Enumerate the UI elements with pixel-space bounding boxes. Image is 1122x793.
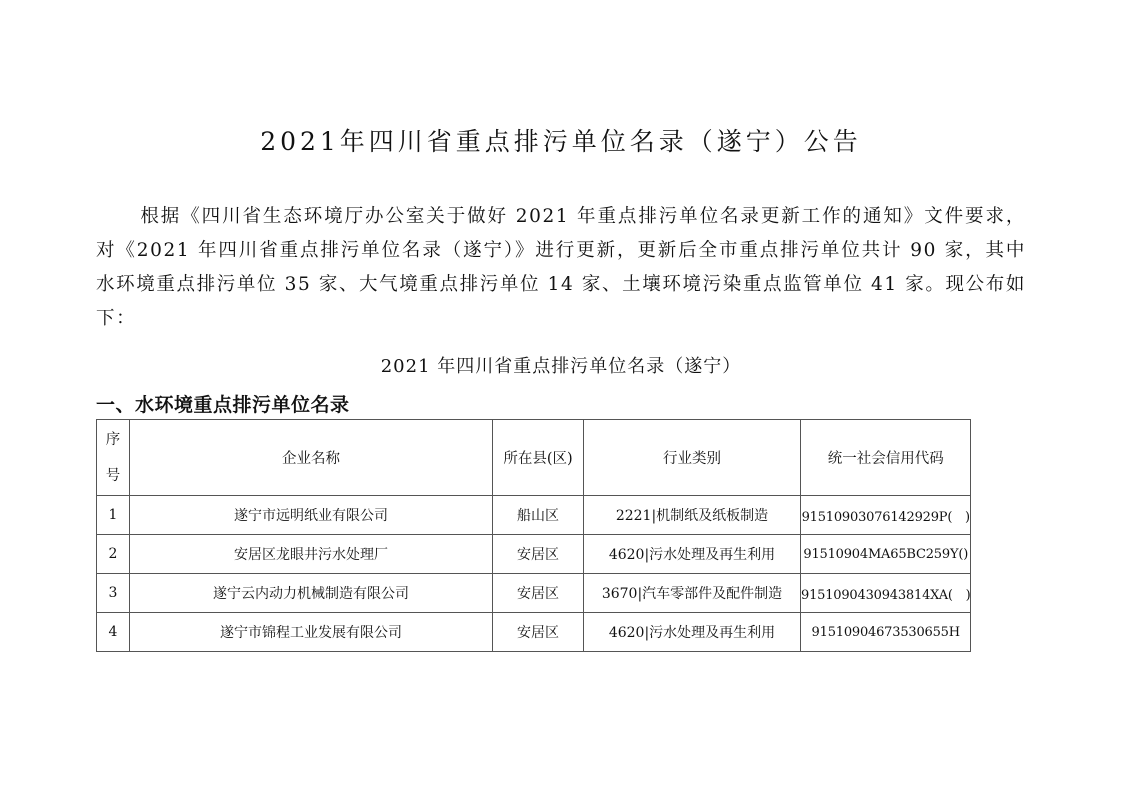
cell-district: 安居区: [493, 535, 584, 574]
header-district: 所在县(区): [493, 420, 584, 496]
cell-credit-code: 91510903076142929P( ): [801, 496, 971, 535]
table-row: 3 遂宁云内动力机械制造有限公司 安居区 3670|汽车零部件及配件制造 915…: [97, 574, 971, 613]
cell-seq: 4: [97, 613, 130, 652]
cell-credit-code: 91510904MA65BC259Y(): [801, 535, 971, 574]
header-seq-line2: 号: [106, 468, 121, 484]
table-header-row: 序 号 企业名称 所在县(区) 行业类别 统一社会信用代码: [97, 420, 971, 496]
cell-credit-code: 9151090430943814XA( ): [801, 574, 971, 613]
document-title: 2021年四川省重点排污单位名录（遂宁）公告: [0, 122, 1122, 158]
cell-seq: 1: [97, 496, 130, 535]
cell-district: 安居区: [493, 613, 584, 652]
cell-industry: 3670|汽车零部件及配件制造: [584, 574, 801, 613]
cell-seq: 2: [97, 535, 130, 574]
cell-district: 船山区: [493, 496, 584, 535]
header-credit-code: 统一社会信用代码: [801, 420, 971, 496]
header-industry: 行业类别: [584, 420, 801, 496]
cell-company: 安居区龙眼井污水处理厂: [130, 535, 493, 574]
cell-company: 遂宁云内动力机械制造有限公司: [130, 574, 493, 613]
header-company: 企业名称: [130, 420, 493, 496]
cell-industry: 4620|污水处理及再生利用: [584, 535, 801, 574]
header-seq: 序 号: [97, 420, 130, 496]
cell-company: 遂宁市锦程工业发展有限公司: [130, 613, 493, 652]
cell-credit-code: 91510904673530655H: [801, 613, 971, 652]
cell-industry: 2221|机制纸及纸板制造: [584, 496, 801, 535]
list-title: 2021 年四川省重点排污单位名录（遂宁）: [0, 352, 1122, 378]
table-row: 1 遂宁市远明纸业有限公司 船山区 2221|机制纸及纸板制造 91510903…: [97, 496, 971, 535]
header-seq-line1: 序: [106, 432, 121, 448]
cell-seq: 3: [97, 574, 130, 613]
table-row: 4 遂宁市锦程工业发展有限公司 安居区 4620|污水处理及再生利用 91510…: [97, 613, 971, 652]
section-heading-water: 一、水环境重点排污单位名录: [96, 390, 350, 417]
water-units-table: 序 号 企业名称 所在县(区) 行业类别 统一社会信用代码 1 遂宁市远明纸业有…: [96, 419, 971, 652]
intro-paragraph: 根据《四川省生态环境厅办公室关于做好 2021 年重点排污单位名录更新工作的通知…: [96, 200, 1026, 336]
cell-industry: 4620|污水处理及再生利用: [584, 613, 801, 652]
table-row: 2 安居区龙眼井污水处理厂 安居区 4620|污水处理及再生利用 9151090…: [97, 535, 971, 574]
cell-district: 安居区: [493, 574, 584, 613]
cell-company: 遂宁市远明纸业有限公司: [130, 496, 493, 535]
